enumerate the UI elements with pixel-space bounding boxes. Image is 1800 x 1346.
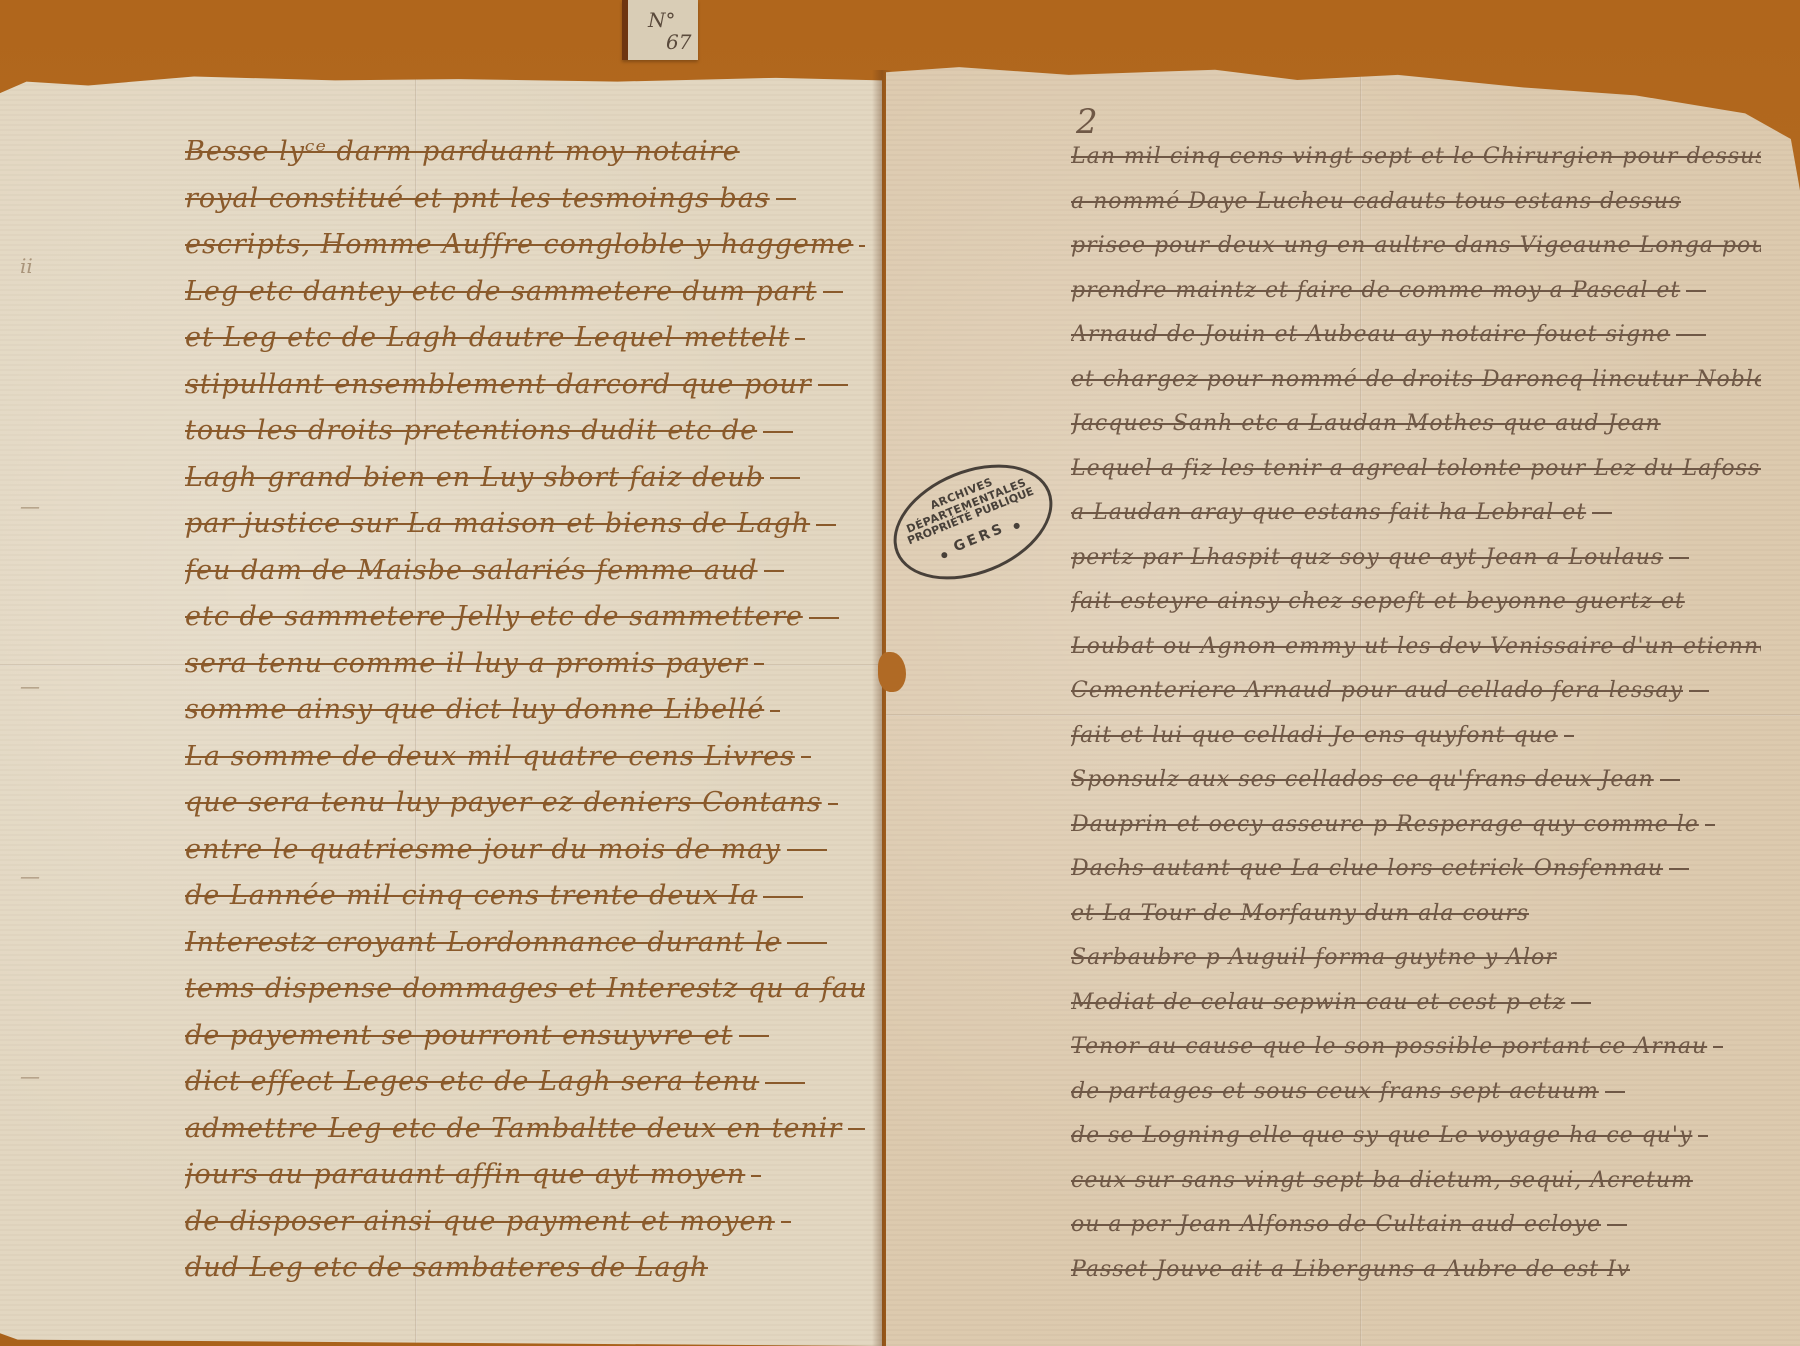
margin-mark: — xyxy=(20,494,40,518)
line-filler-stroke xyxy=(816,524,836,526)
manuscript-line: fait esteyre ainsy chez sepeft et beyonn… xyxy=(1071,589,1685,614)
manuscript-line-text: dud Leg etc de sambateres de Lagh xyxy=(185,1252,708,1283)
manuscript-line: Arnaud de Jouin et Aubeau ay notaire fou… xyxy=(1071,322,1706,347)
manuscript-line-text: Besse lyᶜᵉ darm parduant moy notaire xyxy=(185,136,740,167)
archive-label-tab: N° 67 xyxy=(622,0,698,60)
manuscript-line-text: jours au parauant affin que ayt moyen xyxy=(185,1159,745,1190)
manuscript-line-text: fait et lui que celladi Je ens quyfont q… xyxy=(1071,723,1558,748)
manuscript-line-text: Tenor au cause que le son possible porta… xyxy=(1071,1034,1707,1059)
manuscript-line: Jacques Sanh etc a Laudan Mothes que aud… xyxy=(1071,411,1661,436)
manuscript-line-text: Lequel a fiz les tenir a agreal tolonte … xyxy=(1071,456,1761,481)
manuscript-line: fait et lui que celladi Je ens quyfont q… xyxy=(1071,723,1574,748)
manuscript-line: Dachs autant que La clue lors cetrick On… xyxy=(1071,856,1689,881)
line-filler-stroke xyxy=(739,1035,769,1037)
manuscript-line-text: Passet Jouve ait a Liberguns a Aubre de … xyxy=(1071,1257,1630,1282)
line-filler-stroke xyxy=(1669,868,1689,870)
manuscript-line-text: pertz par Lhaspit quz soy que ayt Jean a… xyxy=(1071,545,1663,570)
line-filler-stroke xyxy=(828,803,838,805)
line-filler-stroke xyxy=(1698,1135,1708,1137)
manuscript-line-text: sera tenu comme il luy a promis payer xyxy=(185,648,748,679)
manuscript-line-text: de Lannée mil cinq cens trente deux Ia xyxy=(185,880,757,911)
manuscript-line: et chargez pour nommé de droits Daroncq … xyxy=(1071,367,1761,392)
manuscript-line: pertz par Lhaspit quz soy que ayt Jean a… xyxy=(1071,545,1689,570)
manuscript-line: entre le quatriesme jour du mois de may xyxy=(185,834,827,865)
paper-tear xyxy=(878,652,906,692)
manuscript-line: stipullant ensemblement darcord que pour xyxy=(185,369,848,400)
manuscript-line-text: prisee pour deux ung en aultre dans Vige… xyxy=(1071,233,1761,258)
manuscript-line-text: Sponsulz aux ses cellados ce qu'frans de… xyxy=(1071,767,1654,792)
line-filler-stroke xyxy=(1676,334,1706,336)
manuscript-line-text: a nommé Daye Lucheu cadauts tous estans … xyxy=(1071,189,1681,214)
manuscript-line-text: Leg etc dantey etc de sammetere dum part xyxy=(185,276,817,307)
manuscript-line: de payement se pourront ensuyvre et xyxy=(185,1020,769,1051)
line-filler-stroke xyxy=(787,942,827,944)
line-filler-stroke xyxy=(770,477,800,479)
manuscript-line-text: Cementeriere Arnaud pour aud cellado fer… xyxy=(1071,678,1683,703)
manuscript-line: a Laudan aray que estans fait ha Lebral … xyxy=(1071,500,1612,525)
manuscript-line-text: Dachs autant que La clue lors cetrick On… xyxy=(1071,856,1663,881)
manuscript-line-text: Arnaud de Jouin et Aubeau ay notaire fou… xyxy=(1071,322,1670,347)
line-filler-stroke xyxy=(751,1175,761,1177)
manuscript-line-text: feu dam de Maisbe salariés femme aud xyxy=(185,555,758,586)
line-filler-stroke xyxy=(823,291,843,293)
line-filler-stroke xyxy=(776,198,796,200)
manuscript-line: feu dam de Maisbe salariés femme aud xyxy=(185,555,784,586)
manuscript-line: Leg etc dantey etc de sammetere dum part xyxy=(185,276,843,307)
line-filler-stroke xyxy=(1564,735,1574,737)
line-filler-stroke xyxy=(1571,1002,1591,1004)
manuscript-line-text: ceux sur sans vingt sept ba dietum, sequ… xyxy=(1071,1168,1693,1193)
line-filler-stroke xyxy=(1660,779,1680,781)
manuscript-line: a nommé Daye Lucheu cadauts tous estans … xyxy=(1071,189,1681,214)
manuscript-line: dud Leg etc de sambateres de Lagh xyxy=(185,1252,708,1283)
manuscript-line-text: tems dispense dommages et Interestz qu a… xyxy=(185,973,865,1004)
manuscript-line: de Lannée mil cinq cens trente deux Ia xyxy=(185,880,803,911)
label-number: 67 xyxy=(666,30,691,54)
manuscript-line: sera tenu comme il luy a promis payer xyxy=(185,648,764,679)
line-filler-stroke xyxy=(1669,557,1689,559)
manuscript-line: Mediat de celau sepwin cau et cest p etz xyxy=(1071,990,1591,1015)
manuscript-line-text: Jacques Sanh etc a Laudan Mothes que aud… xyxy=(1071,411,1661,436)
manuscript-line: de se Logning elle que sy que Le voyage … xyxy=(1071,1123,1708,1148)
manuscript-line-text: Lagh grand bien en Luy sbort faiz deub xyxy=(185,462,764,493)
manuscript-line: tous les droits pretentions dudit etc de xyxy=(185,415,793,446)
left-page: ii — — — — Besse lyᶜᵉ darm parduant moy … xyxy=(0,74,882,1346)
manuscript-line: par justice sur La maison et biens de La… xyxy=(185,508,836,539)
manuscript-line-text: Mediat de celau sepwin cau et cest p etz xyxy=(1071,990,1565,1015)
manuscript-line: Lagh grand bien en Luy sbort faiz deub xyxy=(185,462,800,493)
margin-mark: — xyxy=(20,1064,40,1088)
manuscript-line-text: tous les droits pretentions dudit etc de xyxy=(185,415,757,446)
manuscript-line: Passet Jouve ait a Liberguns a Aubre de … xyxy=(1071,1257,1630,1282)
manuscript-line-text: de partages et sous ceux frans sept actu… xyxy=(1071,1079,1599,1104)
manuscript-line: tems dispense dommages et Interestz qu a… xyxy=(185,973,865,1004)
manuscript-line-text: prendre maintz et faire de comme moy a P… xyxy=(1071,278,1680,303)
line-filler-stroke xyxy=(764,570,784,572)
manuscript-line-text: Sarbaubre p Auguil forma guytne y Alor xyxy=(1071,945,1557,970)
margin-mark: — xyxy=(20,674,40,698)
line-filler-stroke xyxy=(754,663,764,665)
manuscript-line: Lequel a fiz les tenir a agreal tolonte … xyxy=(1071,456,1761,481)
manuscript-line-text: escripts, Homme Auffre congloble y hagge… xyxy=(185,229,853,260)
manuscript-line: Besse lyᶜᵉ darm parduant moy notaire xyxy=(185,136,740,167)
manuscript-line: Loubat ou Agnon emmy ut les dev Venissai… xyxy=(1071,634,1761,659)
manuscript-line-text: ou a per Jean Alfonso de Cultain aud ecl… xyxy=(1071,1212,1601,1237)
manuscript-line: escripts, Homme Auffre congloble y hagge… xyxy=(185,229,865,260)
margin-mark: ii xyxy=(20,254,33,278)
manuscript-line-text: de se Logning elle que sy que Le voyage … xyxy=(1071,1123,1692,1148)
manuscript-line: et La Tour de Morfauny dun ala cours xyxy=(1071,901,1529,926)
manuscript-line: prendre maintz et faire de comme moy a P… xyxy=(1071,278,1706,303)
manuscript-line: Lan mil cinq cens vingt sept et le Chiru… xyxy=(1071,144,1761,169)
manuscript-line-text: par justice sur La maison et biens de La… xyxy=(185,508,810,539)
manuscript-line: de partages et sous ceux frans sept actu… xyxy=(1071,1079,1625,1104)
manuscript-line: que sera tenu luy payer ez deniers Conta… xyxy=(185,787,838,818)
manuscript-line-text: Lan mil cinq cens vingt sept et le Chiru… xyxy=(1071,144,1761,169)
line-filler-stroke xyxy=(763,896,803,898)
margin-mark: — xyxy=(20,864,40,888)
manuscript-line-text: etc de sammetere Jelly etc de sammettere xyxy=(185,601,803,632)
manuscript-line-text: La somme de deux mil quatre cens Livres xyxy=(185,741,795,772)
manuscript-line: Cementeriere Arnaud pour aud cellado fer… xyxy=(1071,678,1709,703)
manuscript-line-text: que sera tenu luy payer ez deniers Conta… xyxy=(185,787,822,818)
manuscript-line: et Leg etc de Lagh dautre Lequel mettelt xyxy=(185,322,805,353)
manuscript-line-text: stipullant ensemblement darcord que pour xyxy=(185,369,812,400)
manuscript-line: prisee pour deux ung en aultre dans Vige… xyxy=(1071,233,1761,258)
manuscript-line-text: de disposer ainsi que payment et moyen xyxy=(185,1206,775,1237)
manuscript-line: Sarbaubre p Auguil forma guytne y Alor xyxy=(1071,945,1557,970)
line-filler-stroke xyxy=(1713,1046,1723,1048)
manuscript-line-text: Dauprin et oecy asseure p Resperage quy … xyxy=(1071,812,1699,837)
fold-line xyxy=(886,714,1800,716)
line-filler-stroke xyxy=(859,245,865,247)
manuscript-line: ou a per Jean Alfonso de Cultain aud ecl… xyxy=(1071,1212,1627,1237)
label-number-sign: N° xyxy=(648,8,676,32)
line-filler-stroke xyxy=(795,338,805,340)
line-filler-stroke xyxy=(809,617,839,619)
manuscript-line-text: entre le quatriesme jour du mois de may xyxy=(185,834,781,865)
manuscript-line: jours au parauant affin que ayt moyen xyxy=(185,1159,761,1190)
manuscript-line-text: Interestz croyant Lordonnance durant le xyxy=(185,927,781,958)
line-filler-stroke xyxy=(787,849,827,851)
line-filler-stroke xyxy=(770,710,780,712)
manuscript-line-text: fait esteyre ainsy chez sepeft et beyonn… xyxy=(1071,589,1685,614)
manuscript-line: Dauprin et oecy asseure p Resperage quy … xyxy=(1071,812,1715,837)
manuscript-line: etc de sammetere Jelly etc de sammettere xyxy=(185,601,839,632)
line-filler-stroke xyxy=(818,384,848,386)
line-filler-stroke xyxy=(763,431,793,433)
manuscript-line-text: admettre Leg etc de Tambaltte deux en te… xyxy=(185,1113,842,1144)
manuscript-line: ceux sur sans vingt sept ba dietum, sequ… xyxy=(1071,1168,1693,1193)
line-filler-stroke xyxy=(1605,1091,1625,1093)
manuscript-line: La somme de deux mil quatre cens Livres xyxy=(185,741,811,772)
manuscript-line-text: Loubat ou Agnon emmy ut les dev Venissai… xyxy=(1071,634,1761,659)
line-filler-stroke xyxy=(848,1128,865,1130)
manuscript-line: Tenor au cause que le son possible porta… xyxy=(1071,1034,1723,1059)
manuscript-line: Sponsulz aux ses cellados ce qu'frans de… xyxy=(1071,767,1680,792)
manuscript-line-text: a Laudan aray que estans fait ha Lebral … xyxy=(1071,500,1586,525)
manuscript-line-text: somme ainsy que dict luy donne Libellé xyxy=(185,694,764,725)
manuscript-line: de disposer ainsi que payment et moyen xyxy=(185,1206,791,1237)
line-filler-stroke xyxy=(1705,824,1715,826)
manuscript-line: dict effect Leges etc de Lagh sera tenu xyxy=(185,1066,805,1097)
manuscript-line: Interestz croyant Lordonnance durant le xyxy=(185,927,827,958)
line-filler-stroke xyxy=(1689,690,1709,692)
line-filler-stroke xyxy=(801,756,811,758)
line-filler-stroke xyxy=(1607,1224,1627,1226)
manuscript-line-text: de payement se pourront ensuyvre et xyxy=(185,1020,733,1051)
manuscript-line-text: royal constitué et pnt les tesmoings bas xyxy=(185,183,770,214)
line-filler-stroke xyxy=(765,1082,805,1084)
right-page: 2 Lan mil cinq cens vingt sept et le Chi… xyxy=(886,62,1800,1346)
manuscript-line: royal constitué et pnt les tesmoings bas xyxy=(185,183,796,214)
manuscript-line: admettre Leg etc de Tambaltte deux en te… xyxy=(185,1113,865,1144)
line-filler-stroke xyxy=(1686,290,1706,292)
corner-mark: 2 xyxy=(1076,102,1099,142)
line-filler-stroke xyxy=(1592,512,1612,514)
manuscript-line: somme ainsy que dict luy donne Libellé xyxy=(185,694,780,725)
manuscript-line-text: dict effect Leges etc de Lagh sera tenu xyxy=(185,1066,759,1097)
manuscript-line-text: et Leg etc de Lagh dautre Lequel mettelt xyxy=(185,322,789,353)
manuscript-line-text: et La Tour de Morfauny dun ala cours xyxy=(1071,901,1529,926)
line-filler-stroke xyxy=(781,1221,791,1223)
manuscript-line-text: et chargez pour nommé de droits Daroncq … xyxy=(1071,367,1761,392)
